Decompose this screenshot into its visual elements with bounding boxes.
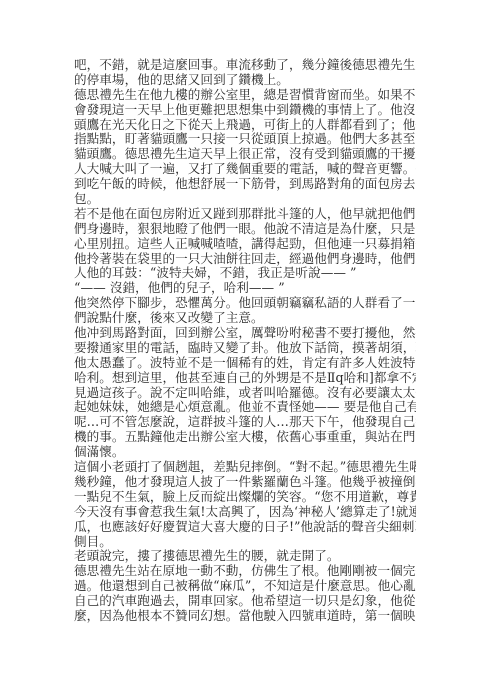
- text-line: 的停車場，他的思緒又回到了鑽機上。: [74, 73, 416, 88]
- text-line: 今天沒有事會惹我生氣!太高興了，因為‘神秘人’總算走了!就連像你這種麻: [74, 505, 416, 520]
- body-text: 吧，不錯，就是這麼回事。車流移動了，幾分鐘後德思禮先生來到格朗寧公司的停車場，他…: [74, 58, 416, 624]
- text-line: 自己的汽車跑過去，開車回家。他希望這一切只是幻象，他從來沒有幻想過什: [74, 594, 416, 609]
- document-page: 吧，不錯，就是這麼回事。車流移動了，幾分鐘後德思禮先生來到格朗寧公司的停車場，他…: [0, 0, 495, 700]
- text-line: 包。: [74, 192, 416, 207]
- text-line: 心里別扭。這些人正喊喊喳喳，講得起勁，但他連一只募捐箱也沒有看見。當: [74, 237, 416, 252]
- text-line: 一點兒不生氣，臉上反而綻出燦爛的笑容。“您不用道歉，尊貴的先生，因為: [74, 490, 416, 505]
- text-line: 若不是他在面包房附近又踫到那群批斗篷的人，他早就把他們忘了。他經過他: [74, 207, 416, 222]
- text-line: “—— 沒錯，他們的兒子，哈利—— ”: [74, 281, 416, 296]
- text-line: 起她妹妹，她總是心煩意亂。他並不責怪她—— 要是他自己有一個那樣的妹妹: [74, 400, 416, 415]
- text-line: 貓頭鷹。德思禮先生這天早上很正常，沒有受到貓頭鷹的干擾。他先後對五個: [74, 147, 416, 162]
- text-line: 哈利。想到這里，他甚至連自己的外甥是不是Ⅱq哈和]都拿不定了。他甚至沒: [74, 371, 416, 386]
- text-line: 德思禮先生站在原地一動不動，仿佛生了根。他剛剛被一個完全陌生的人摟: [74, 564, 416, 579]
- text-line: 老頭說完，摟了摟德思禮先生的腰，就走開了。: [74, 549, 416, 564]
- text-line: 見過這孩子。說不定叫哈維，或者叫哈羅德。沒有必要讓太太煩心，只要一提: [74, 386, 416, 401]
- text-line: 們說點什麼，後來又改變了主意。: [74, 311, 416, 326]
- text-line: 他突然停下腳步，恐懼萬分。他回頭朝竊竊私語的人群看了一眼，似乎想听他: [74, 296, 416, 311]
- text-line: 指點點，盯著貓頭鷹一只接一只從頭頂上掠過。他們大多甚至夜里都從未見過: [74, 132, 416, 147]
- text-line: 這個小老頭打了個趔趄，差點兒摔倒。“對不起。”德思禮先生嘟噥說。過了: [74, 460, 416, 475]
- text-line: 要撥通家里的電話，臨時又變了卦。他放下話筒，摸著胡須，琢磨起來…不，: [74, 341, 416, 356]
- text-line: 到吃午飯的時候，他想舒展一下筋骨，到馬路對角的面包房去買一只小甜圓面: [74, 177, 416, 192]
- text-line: 他冲到馬路對面，回到辦公室，厲聲吩咐秘書不要打擾他，然後抓起話筒，剛: [74, 326, 416, 341]
- text-line: 他拎著裝在袋里的一只大油餅往回走，經過他們身邊時，他們的話斷斷續續飄: [74, 252, 416, 267]
- text-line: 人大喊大叫了一遍，又打了幾個重要的電話，喊的聲音更響。他的情緒很好，: [74, 162, 416, 177]
- text-line: 過。他還想到自己被稱做“麻瓜”，不知這是什麼意思。他心亂如麻，連忙朝: [74, 579, 416, 594]
- text-line: 他太愚蠢了。波特並不是一個稀有的姓，肯定有許多人姓波特，而且有兒子叫: [74, 356, 416, 371]
- text-line: 們身邊時，狠狠地瞪了他們一眼。他說不清這是為什麼，只是覺得這些人讓他: [74, 222, 416, 237]
- text-line: 吧，不錯，就是這麼回事。車流移動了，幾分鐘後德思禮先生來到格朗寧公司: [74, 58, 416, 73]
- text-line: 人他的耳鼓：“波特夫婦，不錯，我正是听說—— ”: [74, 266, 416, 281]
- text-line: 麼，因為他根本不贊同幻想。當他駛入四號車道時，第一個映入眼簾的就是早: [74, 609, 416, 624]
- text-line: 呢…可不管怎麼說，這群披斗篷的人…那天下午，他發現自己很難專心考慮鑽: [74, 415, 416, 430]
- text-line: 會發現這一天早上他更難把思想集中到鑽機的事情上了。他沒有看見成群的貓: [74, 103, 416, 118]
- text-line: 瓜，也應該好好慶賀這大喜大慶的日子!”他說話的聲音尖細刺耳，令過往的人: [74, 520, 416, 535]
- text-line: 幾秒鐘，他才發現這人披了一件紫羅蘭色斗篷。他幾乎被撞倒在地，可他似乎: [74, 475, 416, 490]
- text-line: 個滿懷。: [74, 445, 416, 460]
- text-line: 側目。: [74, 535, 416, 550]
- text-line: 頭鷹在光天化日之下從天上飛過，可街上的人群都看到了；他們目瞪口呆，指: [74, 118, 416, 133]
- text-line: 德思禮先生在他九樓的辦公室里，總是習慣背窗而坐。如果不是這樣，他可能: [74, 88, 416, 103]
- text-line: 機的事。五點鐘他走出辦公室大樓，依舊心事重重，與站在門口的一個人撞了: [74, 430, 416, 445]
